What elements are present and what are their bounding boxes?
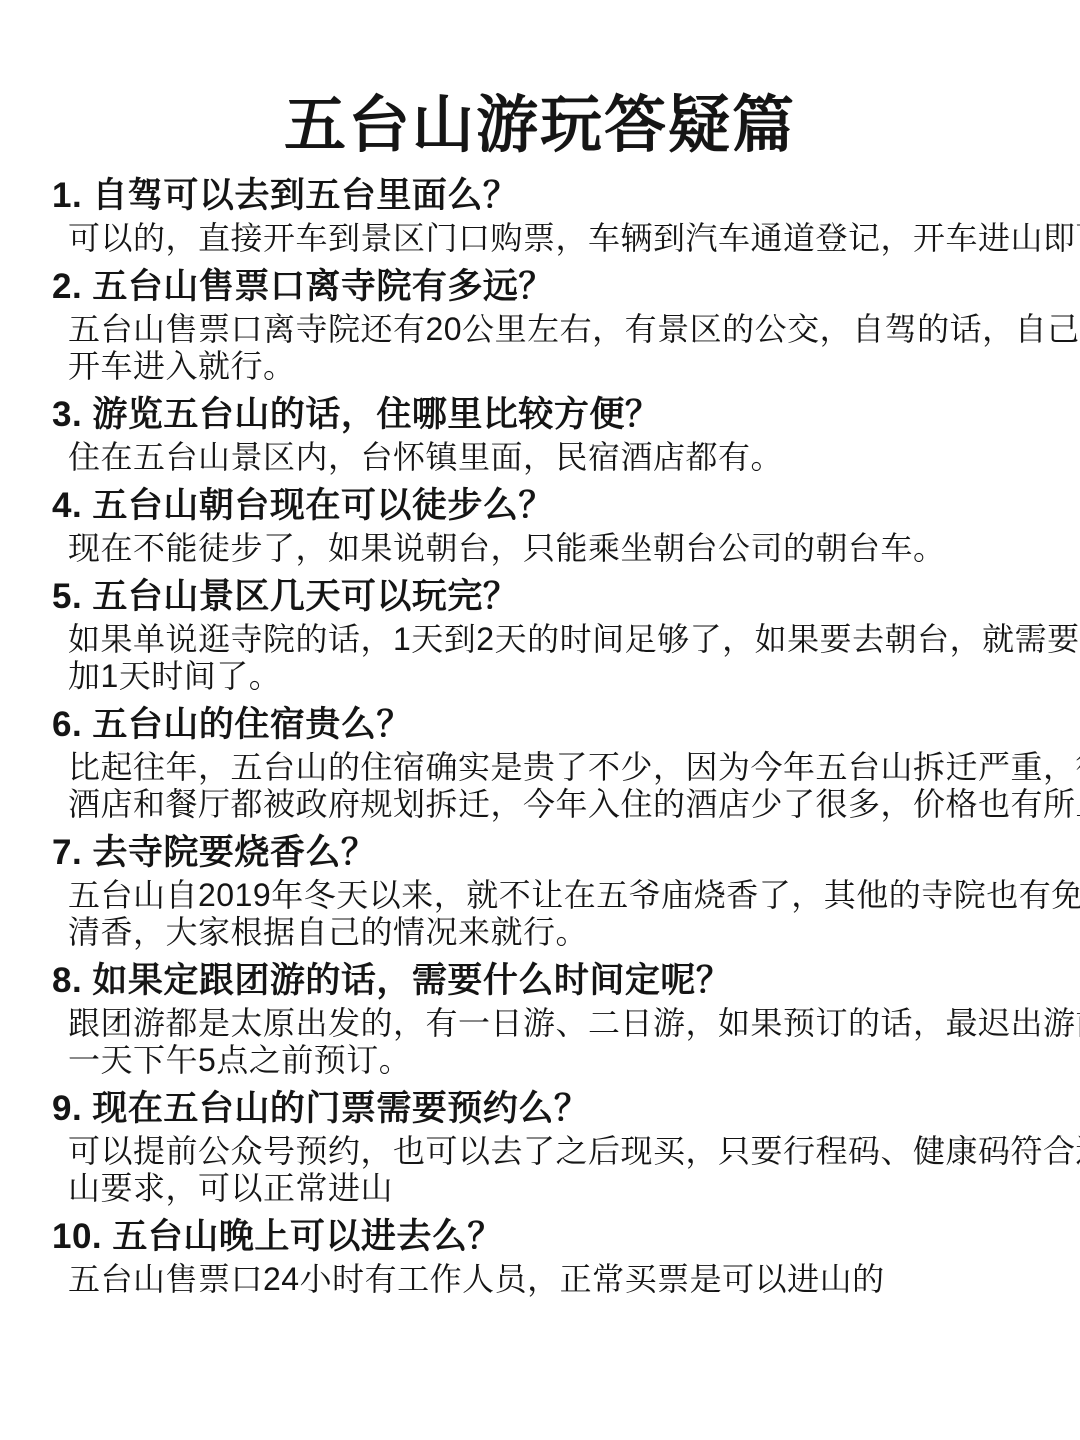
qa-section-5: 5. 五台山景区几天可以玩完？ 如果单说逛寺院的话，1天到2天的时间足够了，如果… [0,577,1080,695]
question: 1. 自驾可以去到五台里面么？ [52,176,1080,216]
answer: 五台山售票口离寺院还有20公里左右，有景区的公交，自驾的话，自己 开车进入就行。 [68,311,1080,385]
question: 7. 去寺院要烧香么？ [52,833,1080,873]
answer: 可以的，直接开车到景区门口购票，车辆到汽车通道登记，开车进山即可。 [68,220,1080,257]
qa-section-9: 9. 现在五台山的门票需要预约么？ 可以提前公众号预约，也可以去了之后现买，只要… [0,1089,1080,1207]
answer: 如果单说逛寺院的话，1天到2天的时间足够了，如果要去朝台，就需要再 加1天时间了… [68,621,1080,695]
qa-section-4: 4. 五台山朝台现在可以徒步么？ 现在不能徒步了，如果说朝台，只能乘坐朝台公司的… [0,486,1080,567]
question: 5. 五台山景区几天可以玩完？ [52,577,1080,617]
question: 4. 五台山朝台现在可以徒步么？ [52,486,1080,526]
question: 3. 游览五台山的话，住哪里比较方便？ [52,395,1080,435]
question: 9. 现在五台山的门票需要预约么？ [52,1089,1080,1129]
qa-section-10: 10. 五台山晚上可以进去么？ 五台山售票口24小时有工作人员，正常买票是可以进… [0,1217,1080,1298]
qa-section-2: 2. 五台山售票口离寺院有多远？ 五台山售票口离寺院还有20公里左右，有景区的公… [0,267,1080,385]
answer: 五台山自2019年冬天以来，就不让在五爷庙烧香了，其他的寺院也有免费的 清香，大… [68,877,1080,951]
answer: 住在五台山景区内，台怀镇里面，民宿酒店都有。 [68,439,1080,476]
qa-section-8: 8. 如果定跟团游的话，需要什么时间定呢？ 跟团游都是太原出发的，有一日游、二日… [0,961,1080,1079]
question: 8. 如果定跟团游的话，需要什么时间定呢？ [52,961,1080,1001]
question: 10. 五台山晚上可以进去么？ [52,1217,1080,1257]
qa-section-7: 7. 去寺院要烧香么？ 五台山自2019年冬天以来，就不让在五爷庙烧香了，其他的… [0,833,1080,951]
page-title: 五台山游玩答疑篇 [0,90,1080,162]
qa-section-6: 6. 五台山的住宿贵么？ 比起往年，五台山的住宿确实是贵了不少，因为今年五台山拆… [0,705,1080,823]
answer: 五台山售票口24小时有工作人员，正常买票是可以进山的 [68,1261,1080,1298]
question: 6. 五台山的住宿贵么？ [52,705,1080,745]
qa-section-3: 3. 游览五台山的话，住哪里比较方便？ 住在五台山景区内，台怀镇里面，民宿酒店都… [0,395,1080,476]
answer: 可以提前公众号预约，也可以去了之后现买，只要行程码、健康码符合进 山要求，可以正… [68,1133,1080,1207]
answer: 跟团游都是太原出发的，有一日游、二日游，如果预订的话，最迟出游前 一天下午5点之… [68,1005,1080,1079]
answer: 现在不能徒步了，如果说朝台，只能乘坐朝台公司的朝台车。 [68,530,1080,567]
qa-section-1: 1. 自驾可以去到五台里面么？ 可以的，直接开车到景区门口购票，车辆到汽车通道登… [0,176,1080,257]
question: 2. 五台山售票口离寺院有多远？ [52,267,1080,307]
document: 五台山游玩答疑篇 1. 自驾可以去到五台里面么？ 可以的，直接开车到景区门口购票… [0,0,1080,1440]
answer: 比起往年，五台山的住宿确实是贵了不少，因为今年五台山拆迁严重，很多 酒店和餐厅都… [68,749,1080,823]
